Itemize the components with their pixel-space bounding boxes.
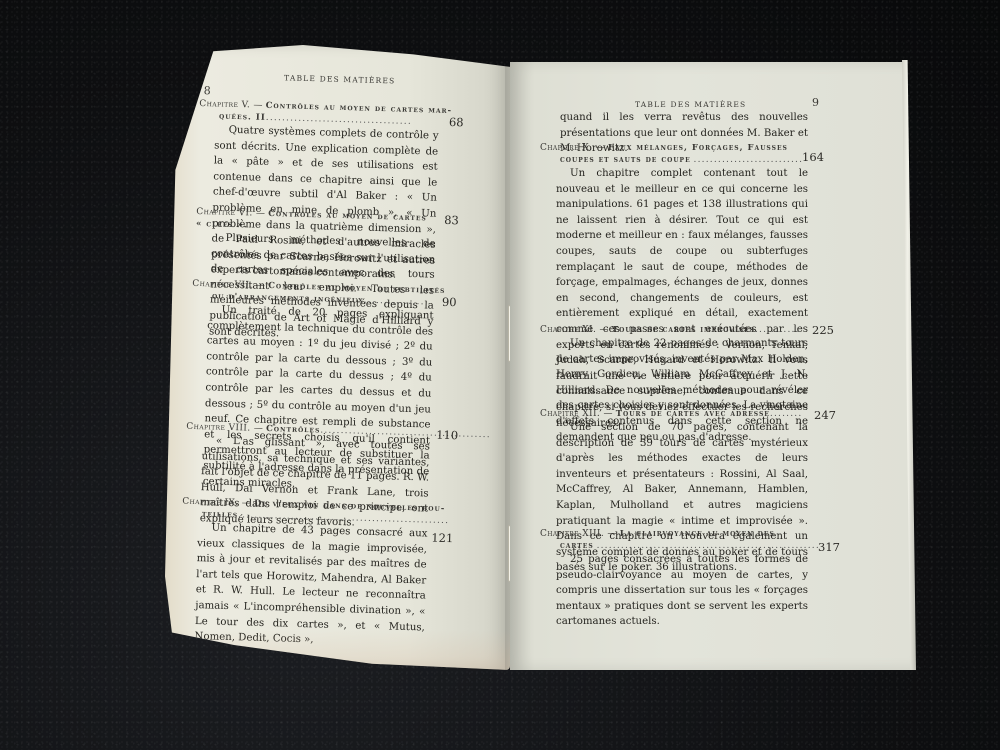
running-head: TABLE DES MATIÈRES — [284, 73, 396, 85]
toc-entry-chapter-xiii: Chapitre XIII. — La clairvoyance au moye… — [540, 528, 808, 630]
toc-entry-chapter-ix: Chapitre IX. — Du vieux vin dans de nouv… — [178, 496, 428, 652]
chapter-page-number: 68 — [449, 115, 464, 129]
page-number: 9 — [812, 96, 819, 109]
chapter-label: Chapitre V. — — [199, 99, 263, 111]
left-page: 8 TABLE DES MATIÈRES Chapitre V. — Contr… — [165, 45, 510, 670]
running-head: TABLE DES MATIÈRES — [635, 100, 746, 109]
right-page: TABLE DES MATIÈRES 9 quand il les verra … — [510, 62, 915, 670]
page-number: 8 — [204, 84, 211, 97]
open-book: 8 TABLE DES MATIÈRES Chapitre V. — Contr… — [0, 0, 1000, 750]
